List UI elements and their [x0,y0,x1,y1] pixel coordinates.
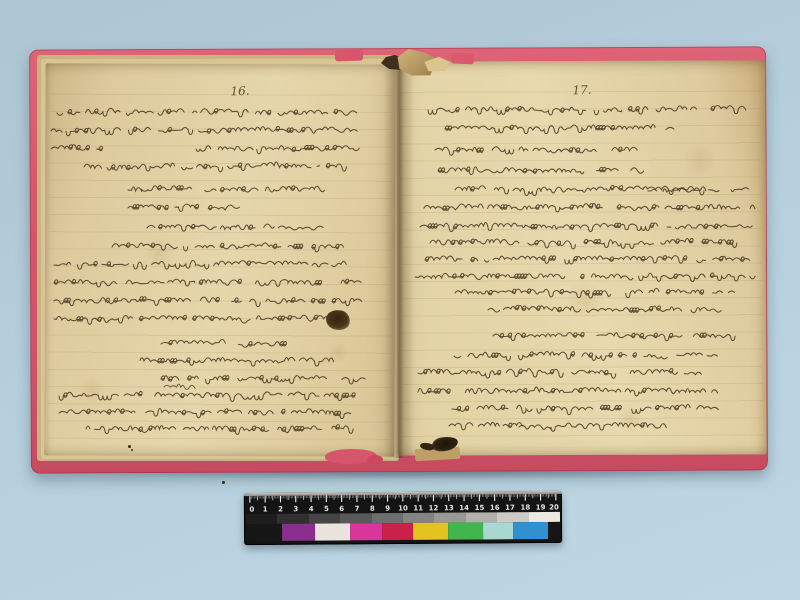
ruler-color-patch-blue [513,522,548,539]
page-ruled-lines [400,74,762,449]
spine-bottom-cover-peek [367,455,383,464]
ruler-color-patch-green [448,522,483,539]
foxing-spot [79,377,105,403]
ruler-number: 0 [249,506,254,514]
ruler-number: 7 [355,505,360,513]
ruler-color-patches [246,522,560,541]
ruler-number: 17 [505,504,515,512]
page-number-left: 16. [220,83,260,98]
ruler-number: 18 [520,504,530,512]
ruler-color-patch-red [382,523,413,540]
ruler-ticks-and-numbers: 01234567891011121314151617181920 [246,494,560,514]
ruler-grayscale-step [340,513,371,523]
ruler-number: 16 [490,504,500,512]
ruler-number: 3 [293,505,298,513]
ruler-number: 12 [429,504,439,512]
ruler-number: 2 [278,505,283,513]
ruler-grayscale-step [466,512,497,522]
color-scale-ruler: 01234567891011121314151617181920 [244,491,562,545]
ruler-grayscale-step [497,512,528,522]
ruler-number: 10 [398,504,408,512]
page-number-right: 17. [562,82,602,97]
ruler-color-patch-black-end [548,522,560,539]
ruler-number: 8 [370,505,375,513]
ruler-number: 19 [536,504,546,512]
ruler-number: 11 [413,504,423,512]
ruler-number: 14 [459,504,469,512]
ink-dot [128,445,131,448]
foxing-spot [616,406,644,434]
ink-dot [222,481,225,484]
ruler-color-patch-cyan [483,522,513,539]
ruler-color-patch-white [315,523,350,540]
ink-dot [131,449,133,451]
ruler-number: 6 [339,505,344,513]
ruler-grayscale-step [277,514,308,524]
ruler-color-patch-yellow [413,523,448,540]
right-page [396,60,766,455]
ruler-number: 20 [549,503,559,511]
photo-background: 16. 17. 01234567891011121314151617181920 [0,0,800,600]
ruler-grayscale-step [309,513,340,523]
ruler-grayscale-step [403,513,434,523]
ruler-number: 9 [385,505,390,513]
ruler-grayscale-step [529,512,560,522]
ruler-number: 15 [475,504,485,512]
ruler-color-patch-black [246,524,282,541]
gutter-shadow [384,58,414,458]
foxing-spot [327,341,349,363]
ruler-number: 13 [444,504,454,512]
ruler-grayscale-step [246,514,277,524]
ruler-grayscale-step [372,513,403,523]
foxing-spot [145,237,175,267]
ruler-number: 1 [263,505,268,513]
ruler-color-patch-magenta [350,523,382,540]
spine-cover-peek [335,50,363,62]
foxing-spot [683,143,717,177]
ruler-color-patch-purple [282,524,315,541]
ruler-number: 4 [309,505,314,513]
foxing-spot [565,280,605,320]
ruler-number: 5 [324,505,329,513]
spine-cover-peek [451,52,475,64]
ruler-grayscale-step [434,513,465,523]
